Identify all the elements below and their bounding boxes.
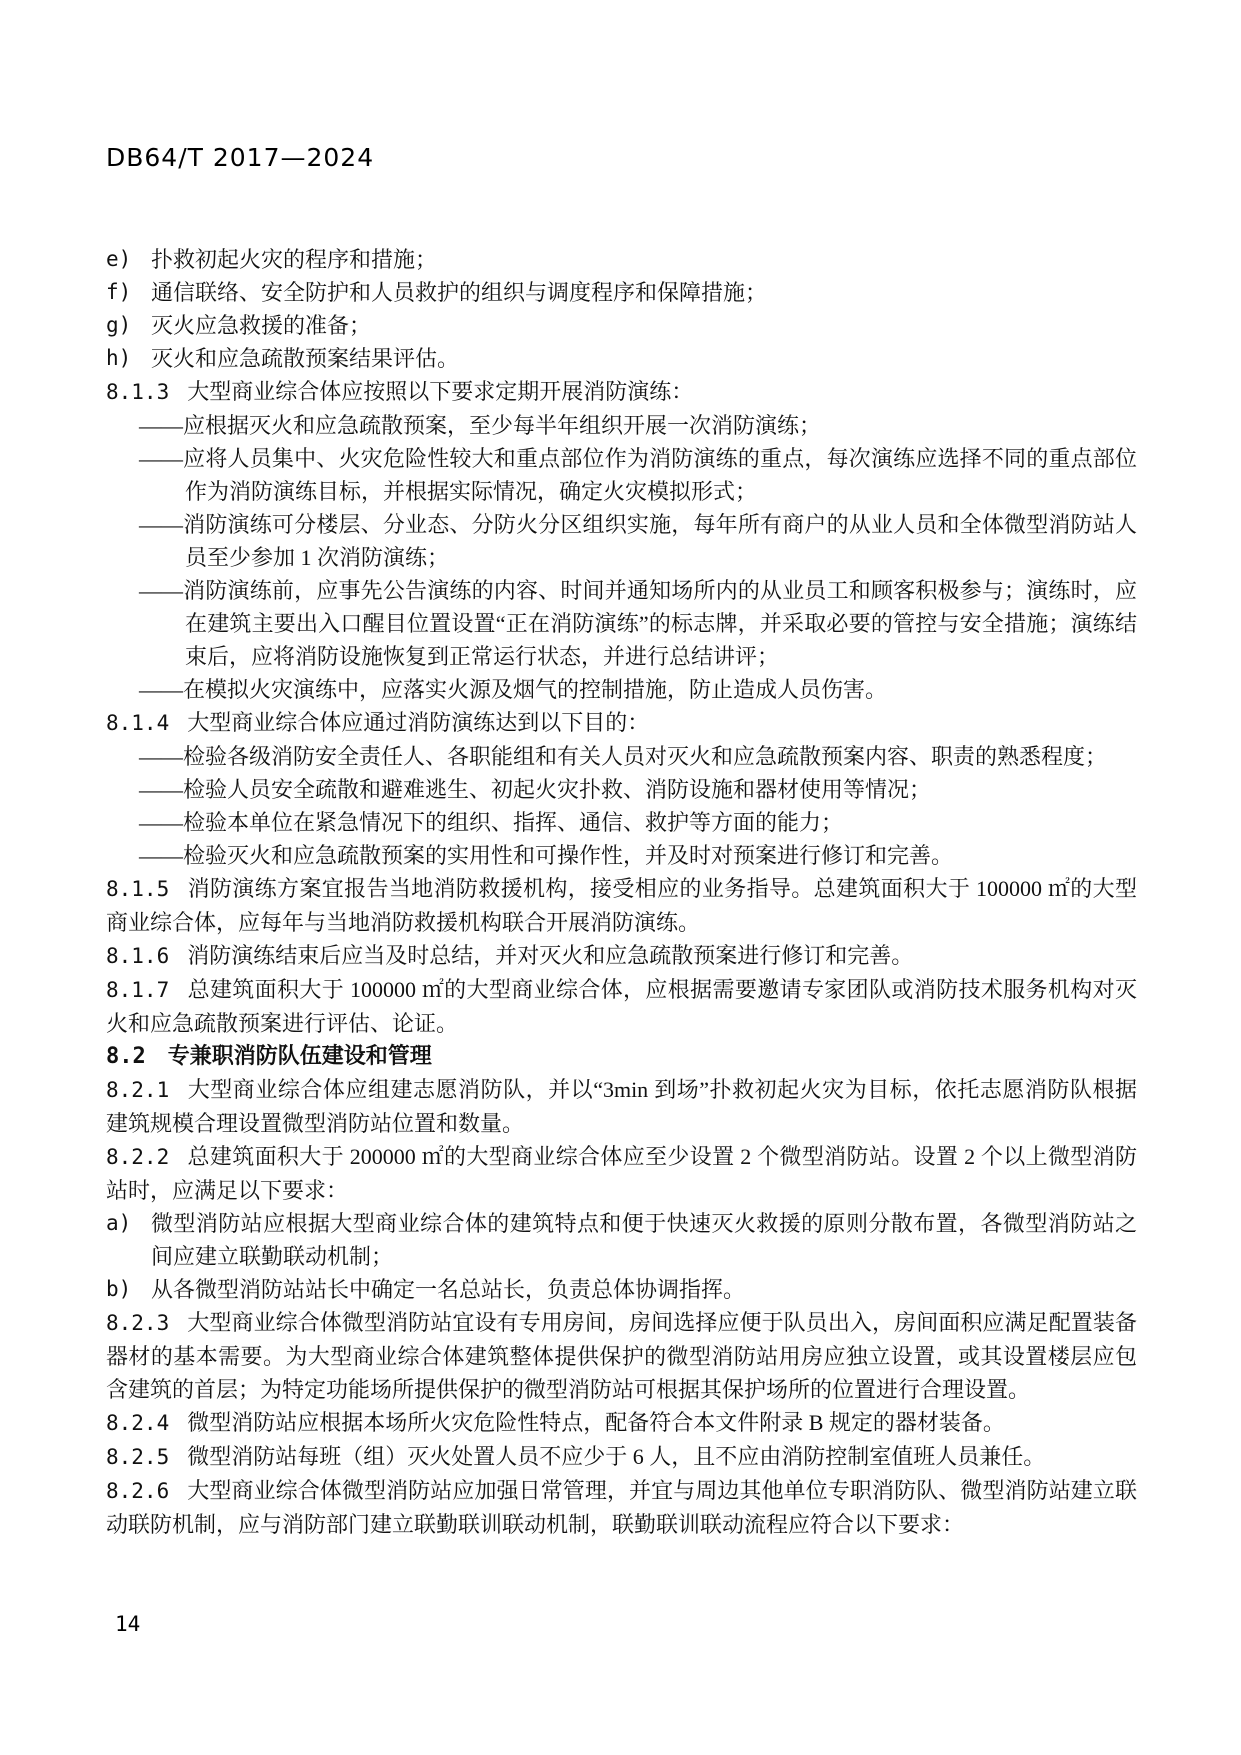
list-item-label: b) [106,1273,151,1306]
lettered-list-item: e)扑救初起火灾的程序和措施； [106,243,1137,276]
clause-heading: 8.2专兼职消防队伍建设和管理 [106,1040,1137,1073]
list-item-label: f) [106,276,151,309]
dash-item-text: ——消防演练可分楼层、分业态、分防火分区组织实施，每年所有商户的从业人员和全体微… [139,512,1137,570]
paragraph-text: 总建筑面积大于 200000 ㎡的大型商业综合体应至少设置 2 个微型消防站。设… [106,1144,1137,1203]
clause-number: 8.1.4 [106,711,169,735]
paragraph-text: 大型商业综合体应通过消防演练达到以下目的： [187,710,649,735]
numbered-paragraph: 8.1.7总建筑面积大于 100000 ㎡的大型商业综合体，应根据需要邀请专家团… [106,973,1137,1040]
dash-list-item: ——在模拟火灾演练中，应落实火源及烟气的控制措施，防止造成人员伤害。 [106,673,1137,706]
numbered-paragraph: 8.2.2总建筑面积大于 200000 ㎡的大型商业综合体应至少设置 2 个微型… [106,1140,1137,1207]
paragraph-text: 大型商业综合体微型消防站应加强日常管理，并宜与周边其他单位专职消防队、微型消防站… [106,1478,1137,1537]
dash-item-text: ——检验各级消防安全责任人、各职能组和有关人员对灭火和应急疏散预案内容、职责的熟… [139,744,1107,769]
lettered-list-item: f)通信联络、安全防护和人员救护的组织与调度程序和保障措施； [106,276,1137,309]
dash-list-item: ——检验人员安全疏散和避难逃生、初起火灾扑救、消防设施和器材使用等情况； [106,773,1137,806]
list-item-label: h) [106,342,151,375]
clause-number: 8.1.6 [106,944,169,968]
numbered-paragraph: 8.2.5微型消防站每班（组）灭火处置人员不应少于 6 人，且不应由消防控制室值… [106,1440,1137,1474]
clause-number: 8.2.5 [106,1445,169,1469]
lettered-list-item: g)灭火应急救援的准备； [106,309,1137,342]
paragraph-text: 大型商业综合体微型消防站宜设有专用房间，房间选择应便于队员出入，房间面积应满足配… [106,1310,1137,1402]
paragraph-text: 总建筑面积大于 100000 ㎡的大型商业综合体，应根据需要邀请专家团队或消防技… [106,977,1137,1036]
paragraph-text: 消防演练结束后应当及时总结，并对灭火和应急疏散预案进行修订和完善。 [187,943,913,968]
document-page: DB64/T 2017—2024 e)扑救初起火灾的程序和措施；f)通信联络、安… [0,0,1241,1755]
list-item-label: e) [106,243,151,276]
list-item-text: 从各微型消防站站长中确定一名总站长，负责总体协调指挥。 [151,1273,1137,1306]
clause-number: 8.1.5 [106,877,169,901]
clause-number: 8.2.6 [106,1479,169,1503]
clause-number: 8.2 [106,1044,146,1069]
clause-number: 8.2.3 [106,1311,169,1335]
dash-list-item: ——消防演练可分楼层、分业态、分防火分区组织实施，每年所有商户的从业人员和全体微… [106,508,1137,574]
paragraph-text: 微型消防站应根据本场所火灾危险性特点，配备符合本文件附录 B 规定的器材装备。 [187,1410,1005,1435]
numbered-paragraph: 8.1.6消防演练结束后应当及时总结，并对灭火和应急疏散预案进行修订和完善。 [106,939,1137,973]
dash-item-text: ——检验灭火和应急疏散预案的实用性和可操作性，并及时对预案进行修订和完善。 [139,843,953,868]
paragraph-text: 大型商业综合体应组建志愿消防队，并以“3min 到场”扑救初起火灾为目标，依托志… [106,1077,1137,1136]
dash-list-item: ——检验本单位在紧急情况下的组织、指挥、通信、救护等方面的能力； [106,806,1137,839]
dash-item-text: ——消防演练前，应事先公告演练的内容、时间并通知场所内的从业员工和顾客积极参与；… [139,578,1137,669]
numbered-paragraph: 8.2.3大型商业综合体微型消防站宜设有专用房间，房间选择应便于队员出入，房间面… [106,1306,1137,1406]
list-item-text: 微型消防站应根据大型商业综合体的建筑特点和便于快速灭火救援的原则分散布置，各微型… [151,1207,1137,1273]
numbered-paragraph: 8.1.4大型商业综合体应通过消防演练达到以下目的： [106,706,1137,740]
clause-number: 8.1.7 [106,978,169,1002]
clause-number: 8.2.4 [106,1411,169,1435]
list-item-label: g) [106,309,151,342]
clause-heading-text: 专兼职消防队伍建设和管理 [168,1044,432,1069]
paragraph-text: 微型消防站每班（组）灭火处置人员不应少于 6 人，且不应由消防控制室值班人员兼任… [187,1444,1045,1469]
page-number: 14 [115,1612,140,1636]
numbered-paragraph: 8.1.3大型商业综合体应按照以下要求定期开展消防演练： [106,375,1137,409]
clause-number: 8.2.1 [106,1078,169,1102]
lettered-list-item: b)从各微型消防站站长中确定一名总站长，负责总体协调指挥。 [106,1273,1137,1306]
document-code: DB64/T 2017—2024 [106,143,374,172]
list-item-text: 灭火和应急疏散预案结果评估。 [151,342,1137,375]
list-item-label: a) [106,1207,151,1273]
dash-item-text: ——在模拟火灾演练中，应落实火源及烟气的控制措施，防止造成人员伤害。 [139,677,887,702]
lettered-list-item: a)微型消防站应根据大型商业综合体的建筑特点和便于快速灭火救援的原则分散布置，各… [106,1207,1137,1273]
dash-list-item: ——检验灭火和应急疏散预案的实用性和可操作性，并及时对预案进行修订和完善。 [106,839,1137,872]
paragraph-text: 消防演练方案宜报告当地消防救援机构，接受相应的业务指导。总建筑面积大于 1000… [106,876,1137,935]
list-item-text: 通信联络、安全防护和人员救护的组织与调度程序和保障措施； [151,276,1137,309]
list-item-text: 灭火应急救援的准备； [151,309,1137,342]
dash-list-item: ——消防演练前，应事先公告演练的内容、时间并通知场所内的从业员工和顾客积极参与；… [106,574,1137,673]
numbered-paragraph: 8.2.1大型商业综合体应组建志愿消防队，并以“3min 到场”扑救初起火灾为目… [106,1073,1137,1140]
dash-item-text: ——应将人员集中、火灾危险性较大和重点部位作为消防演练的重点，每次演练应选择不同… [139,446,1137,504]
dash-list-item: ——应根据灭火和应急疏散预案，至少每半年组织开展一次消防演练； [106,409,1137,442]
list-item-text: 扑救初起火灾的程序和措施； [151,243,1137,276]
dash-item-text: ——检验人员安全疏散和避难逃生、初起火灾扑救、消防设施和器材使用等情况； [139,777,931,802]
dash-item-text: ——检验本单位在紧急情况下的组织、指挥、通信、救护等方面的能力； [139,810,843,835]
paragraph-text: 大型商业综合体应按照以下要求定期开展消防演练： [187,379,693,404]
dash-list-item: ——应将人员集中、火灾危险性较大和重点部位作为消防演练的重点，每次演练应选择不同… [106,442,1137,508]
numbered-paragraph: 8.2.6大型商业综合体微型消防站应加强日常管理，并宜与周边其他单位专职消防队、… [106,1474,1137,1541]
numbered-paragraph: 8.2.4微型消防站应根据本场所火灾危险性特点，配备符合本文件附录 B 规定的器… [106,1406,1137,1440]
clause-number: 8.1.3 [106,380,169,404]
dash-list-item: ——检验各级消防安全责任人、各职能组和有关人员对灭火和应急疏散预案内容、职责的熟… [106,740,1137,773]
document-body: e)扑救初起火灾的程序和措施；f)通信联络、安全防护和人员救护的组织与调度程序和… [106,243,1137,1541]
numbered-paragraph: 8.1.5消防演练方案宜报告当地消防救援机构，接受相应的业务指导。总建筑面积大于… [106,872,1137,939]
clause-number: 8.2.2 [106,1145,169,1169]
lettered-list-item: h)灭火和应急疏散预案结果评估。 [106,342,1137,375]
dash-item-text: ——应根据灭火和应急疏散预案，至少每半年组织开展一次消防演练； [139,413,821,438]
